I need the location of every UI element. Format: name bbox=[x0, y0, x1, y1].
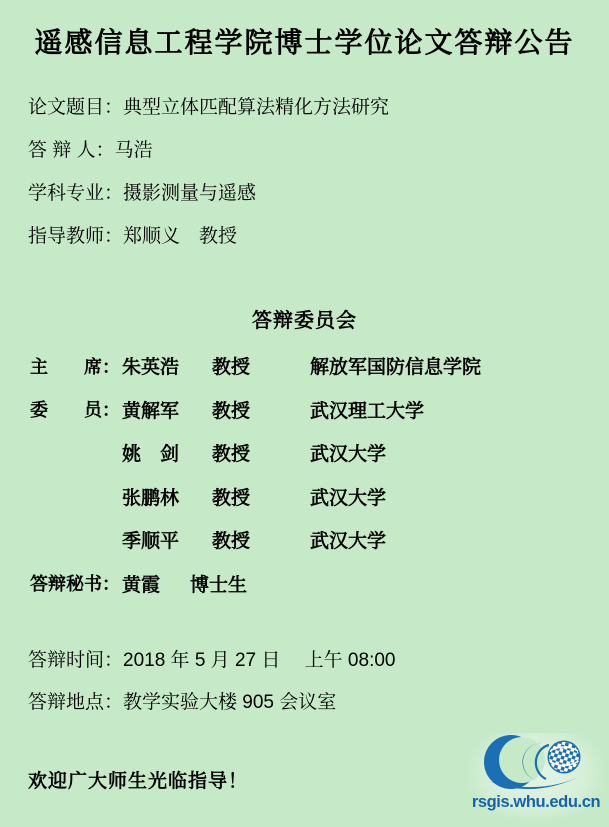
committee-member-name: 张鹏林 bbox=[122, 483, 212, 510]
committee-member-name: 黄解军 bbox=[122, 396, 212, 423]
committee-row-member: 张鹏林 教授 武汉大学 bbox=[30, 475, 599, 519]
secretary-name: 黄霞 bbox=[122, 570, 160, 597]
secretary-title: 博士生 bbox=[190, 570, 247, 597]
defense-time-value: 2018 年 5 月 27 日 上午 08:00 bbox=[123, 645, 395, 672]
thesis-title-label: 论文题目： bbox=[28, 92, 123, 119]
defense-time-row: 答辩时间： 2018 年 5 月 27 日 上午 08:00 bbox=[28, 637, 589, 679]
secretary-label: 答辩秘书： bbox=[30, 570, 122, 596]
committee-role: 委 员： bbox=[30, 396, 122, 422]
committee-member-affiliation: 武汉大学 bbox=[310, 439, 599, 466]
committee-member-title: 教授 bbox=[212, 352, 310, 379]
major-label: 学科专业： bbox=[28, 178, 123, 205]
defense-time-label: 答辩时间： bbox=[28, 645, 123, 672]
committee-row-chair: 主 席： 朱英浩 教授 解放军国防信息学院 bbox=[30, 344, 599, 388]
thesis-title-row: 论文题目： 典型立体匹配算法精化方法研究 bbox=[28, 84, 589, 127]
rsgis-logo: rsgis.whu.edu.cn bbox=[468, 733, 604, 821]
announcement-page: 遥感信息工程学院博士学位论文答辩公告 论文题目： 典型立体匹配算法精化方法研究 … bbox=[0, 0, 609, 827]
supervisor-row: 指导教师： 郑顺义 教授 bbox=[28, 213, 589, 256]
candidate-value: 马浩 bbox=[115, 135, 153, 162]
supervisor-label: 指导教师： bbox=[28, 221, 123, 248]
thesis-info-section: 论文题目： 典型立体匹配算法精化方法研究 答 辩 人： 马浩 学科专业： 摄影测… bbox=[28, 84, 589, 256]
committee-member-name: 姚 剑 bbox=[122, 439, 212, 466]
welcome-line: 欢迎广大师生光临指导！ bbox=[28, 768, 248, 794]
committee-role: 主 席： bbox=[30, 353, 122, 379]
committee-member-title: 教授 bbox=[212, 439, 310, 466]
candidate-label: 答 辩 人： bbox=[28, 135, 115, 162]
rsgis-site-text: rsgis.whu.edu.cn bbox=[468, 793, 604, 812]
candidate-row: 答 辩 人： 马浩 bbox=[28, 127, 589, 170]
supervisor-value: 郑顺义 教授 bbox=[123, 221, 237, 248]
schedule-section: 答辩时间： 2018 年 5 月 27 日 上午 08:00 答辩地点： 教学实… bbox=[28, 637, 589, 721]
committee-member-affiliation: 武汉大学 bbox=[310, 526, 599, 553]
committee-member-title: 教授 bbox=[212, 483, 310, 510]
defense-location-row: 答辩地点： 教学实验大楼 905 会议室 bbox=[28, 679, 589, 721]
committee-heading: 答辩委员会 bbox=[0, 308, 609, 332]
committee-member-affiliation: 解放军国防信息学院 bbox=[310, 352, 599, 379]
committee-row-secretary: 答辩秘书： 黄霞 博士生 bbox=[30, 562, 599, 606]
committee-member-affiliation: 武汉大学 bbox=[310, 483, 599, 510]
committee-row-member: 季顺平 教授 武汉大学 bbox=[30, 518, 599, 562]
committee-member-name: 季顺平 bbox=[122, 526, 212, 553]
committee-member-title: 教授 bbox=[212, 526, 310, 553]
rsgis-globe-icon bbox=[477, 735, 595, 795]
committee-row-member: 委 员： 黄解军 教授 武汉理工大学 bbox=[30, 388, 599, 432]
committee-row-member: 姚 剑 教授 武汉大学 bbox=[30, 431, 599, 475]
page-title: 遥感信息工程学院博士学位论文答辩公告 bbox=[0, 24, 609, 62]
committee-member-affiliation: 武汉理工大学 bbox=[310, 396, 599, 423]
defense-location-label: 答辩地点： bbox=[28, 687, 123, 714]
major-row: 学科专业： 摄影测量与遥感 bbox=[28, 170, 589, 213]
thesis-title-value: 典型立体匹配算法精化方法研究 bbox=[123, 92, 389, 119]
committee-table: 主 席： 朱英浩 教授 解放军国防信息学院 委 员： 黄解军 教授 武汉理工大学… bbox=[30, 344, 599, 605]
major-value: 摄影测量与遥感 bbox=[123, 178, 256, 205]
committee-member-title: 教授 bbox=[212, 396, 310, 423]
defense-location-value: 教学实验大楼 905 会议室 bbox=[123, 687, 336, 714]
committee-member-name: 朱英浩 bbox=[122, 352, 212, 379]
